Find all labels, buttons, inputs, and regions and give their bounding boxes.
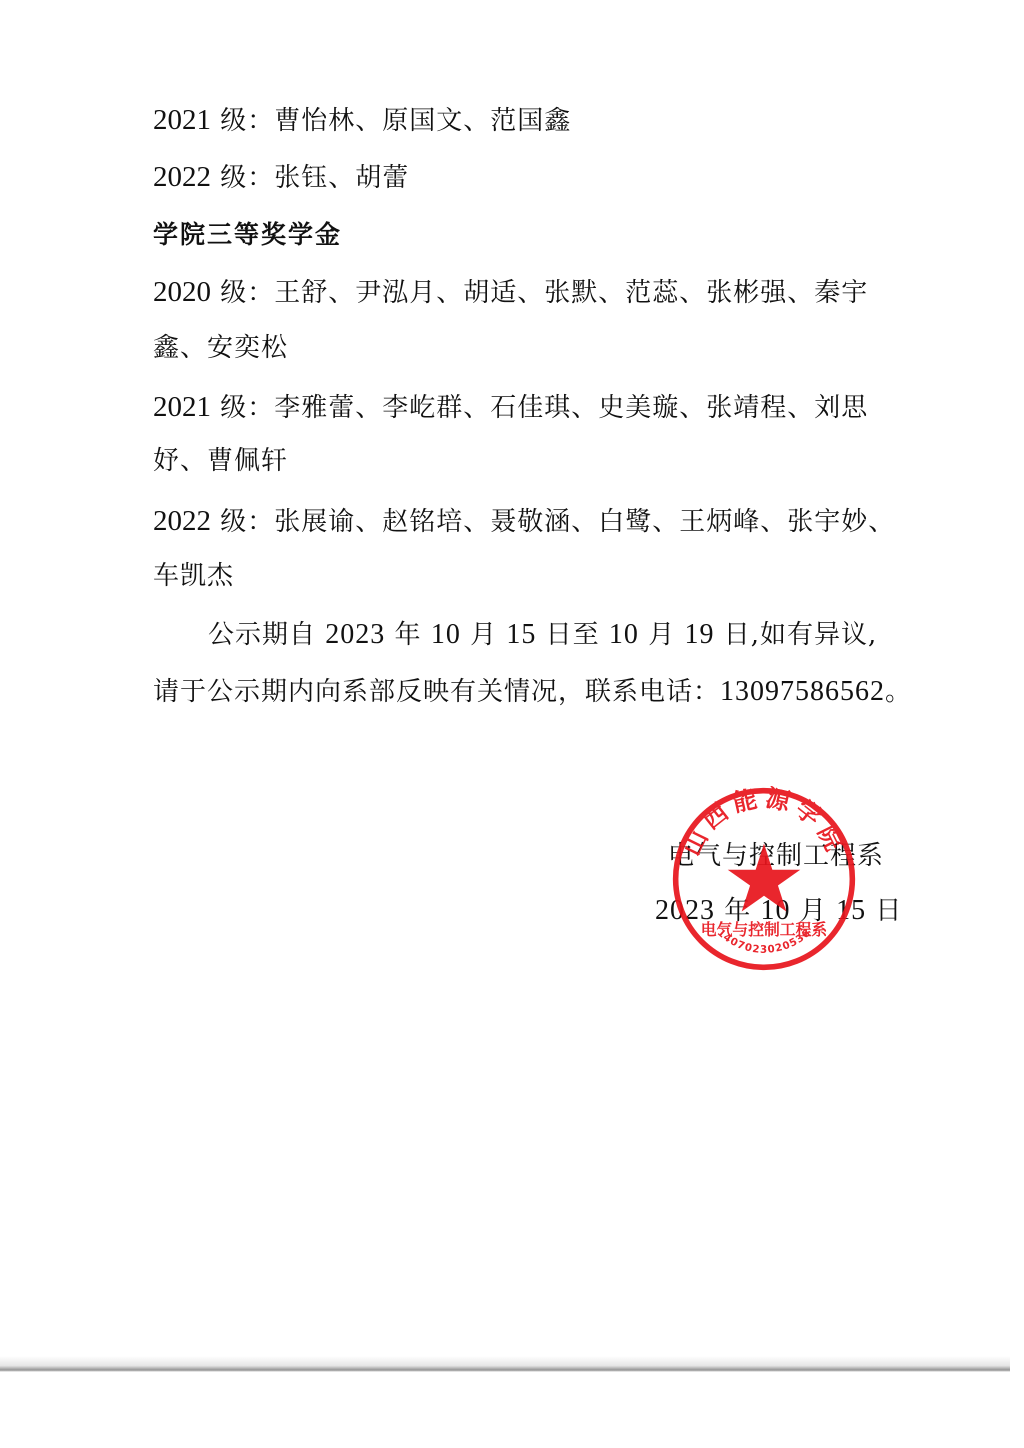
third-prize-2021-line2: 妤、曹佩轩 xyxy=(153,445,288,477)
notice-line2: 请于公示期内向系部反映有关情况，联系电话：13097586562。 xyxy=(153,676,912,708)
official-seal-stamp: 山西能源学院 电气与控制工程系 1407023020536 xyxy=(671,786,857,972)
grade-year: 2022 xyxy=(153,161,211,193)
notice-text: 年 xyxy=(395,620,422,650)
grade-year: 2022 xyxy=(153,505,211,537)
notice-text: 月 xyxy=(470,620,497,650)
student-names: 李雅蕾、李屹群、石佳琪、史美璇、张靖程、刘思 xyxy=(274,393,868,423)
contact-phone: 13097586562 xyxy=(720,676,885,707)
notice-text: 公示期自 xyxy=(208,620,316,650)
student-names: 张钰、胡蕾 xyxy=(274,163,409,193)
grade-year: 2020 xyxy=(153,276,211,308)
date-text: 日 xyxy=(875,896,902,926)
student-names: 曹怡林、原国文、范国鑫 xyxy=(274,106,571,136)
scholarship-line-2022: 2022 级：张钰、胡蕾 xyxy=(153,161,409,194)
notice-month: 10 xyxy=(431,619,461,650)
grade-label: 级： xyxy=(220,278,274,308)
scan-edge-shadow xyxy=(0,1356,1010,1372)
grade-year: 2021 xyxy=(153,104,211,136)
grade-label: 级： xyxy=(220,163,274,193)
notice-text: 日,如有异议, xyxy=(724,620,878,650)
grade-label: 级： xyxy=(220,393,274,423)
notice-day: 15 xyxy=(506,619,536,650)
student-names: 张展谕、赵铭培、聂敬涵、白鹭、王炳峰、张宇妙、 xyxy=(274,507,895,537)
notice-month: 10 xyxy=(609,619,639,650)
third-prize-2020-line2: 鑫、安奕松 xyxy=(153,332,288,364)
notice-text: 请于公示期内向系部反映有关情况，联系电话： xyxy=(153,677,720,707)
notice-year: 2023 xyxy=(325,619,385,650)
document-page: 2021 级：曹怡林、原国文、范国鑫 2022 级：张钰、胡蕾 学院三等奖学金 … xyxy=(0,0,1024,1448)
grade-label: 级： xyxy=(220,106,274,136)
notice-day: 19 xyxy=(684,619,714,650)
notice-text: 日至 xyxy=(546,620,600,650)
third-prize-2022-line2: 车凯杰 xyxy=(153,560,234,592)
third-prize-2022-line1: 2022 级：张展谕、赵铭培、聂敬涵、白鹭、王炳峰、张宇妙、 xyxy=(153,505,895,538)
grade-year: 2021 xyxy=(153,391,211,423)
star-icon xyxy=(728,844,801,912)
third-prize-2020-line1: 2020 级：王舒、尹泓月、胡适、张默、范蕊、张彬强、秦宇 xyxy=(153,276,868,309)
grade-label: 级： xyxy=(220,507,274,537)
notice-text: 月 xyxy=(648,620,675,650)
third-prize-2021-line1: 2021 级：李雅蕾、李屹群、石佳琪、史美璇、张靖程、刘思 xyxy=(153,391,868,424)
scholarship-line-2021: 2021 级：曹怡林、原国文、范国鑫 xyxy=(153,104,571,137)
notice-line1: 公示期自 2023 年 10 月 15 日至 10 月 19 日,如有异议, xyxy=(208,619,877,651)
section-heading-third-prize: 学院三等奖学金 xyxy=(153,219,342,251)
student-names: 王舒、尹泓月、胡适、张默、范蕊、张彬强、秦宇 xyxy=(274,278,868,308)
notice-text: 。 xyxy=(885,677,912,707)
